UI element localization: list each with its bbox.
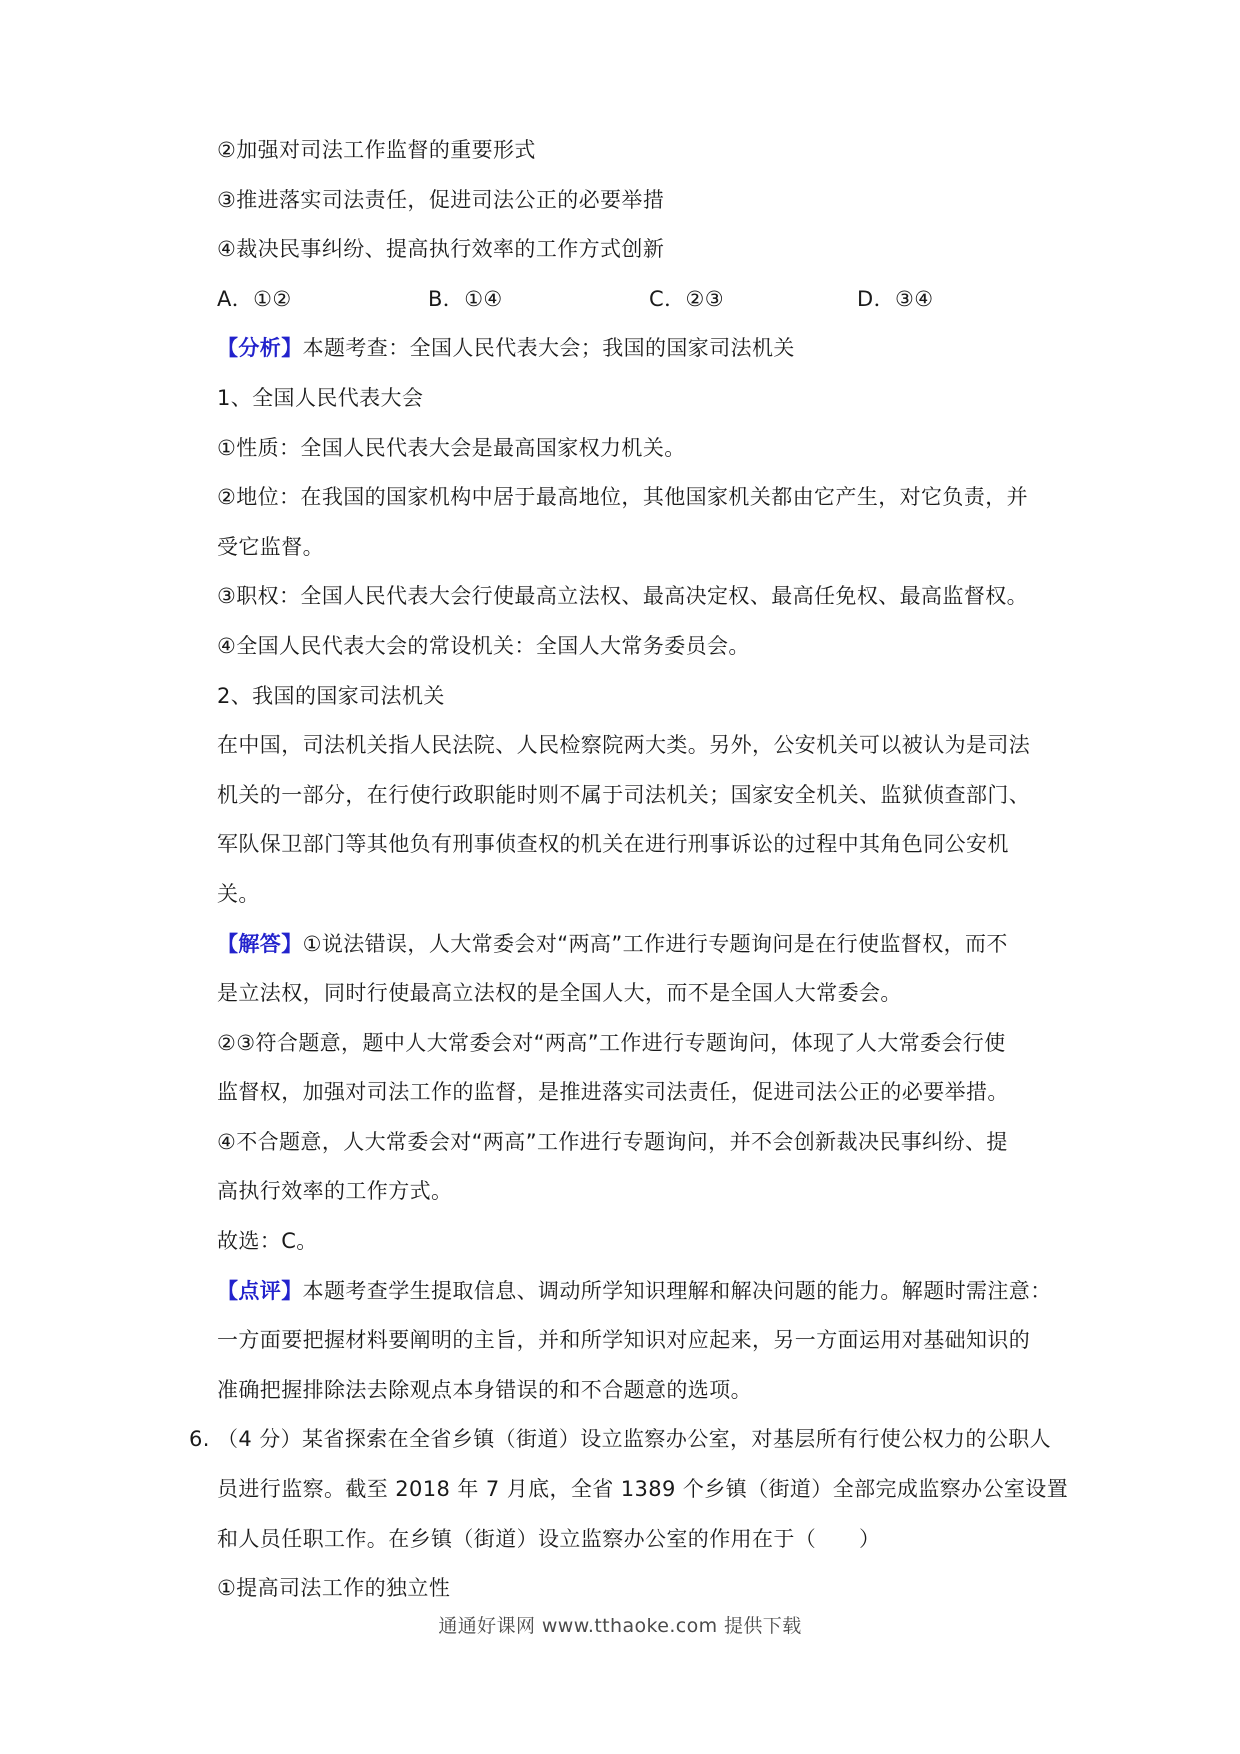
text-line: 监督权，加强对司法工作的监督，是推进落实司法责任，促进司法公正的必要举措。 <box>217 1068 1067 1118</box>
option-d: D．③④ <box>857 275 933 325</box>
text-line: 高执行效率的工作方式。 <box>217 1167 1067 1217</box>
document-page: ②加强对司法工作监督的重要形式③推进落实司法责任，促进司法公正的必要举措④裁决民… <box>0 0 1240 1754</box>
footer-text: 通通好课网 www.tthaoke.com 提供下载 <box>438 1615 801 1637</box>
text-line: 员进行监察。截至 2018 年 7 月底，全省 1389 个乡镇（街道）全部完成… <box>217 1465 1067 1515</box>
text-line: ④裁决民事纠纷、提高执行效率的工作方式创新 <box>217 225 1067 275</box>
text-line: ③职权：全国人民代表大会行使最高立法权、最高决定权、最高任免权、最高监督权。 <box>217 572 1067 622</box>
text-line: 军队保卫部门等其他负有刑事侦查权的机关在进行刑事诉讼的过程中其角色同公安机 <box>217 820 1067 870</box>
text-line: 【点评】本题考查学生提取信息、调动所学知识理解和解决问题的能力。解题时需注意： <box>217 1267 1067 1317</box>
text-line: 一方面要把握材料要阐明的主旨，并和所学知识对应起来，另一方面运用对基础知识的 <box>217 1316 1067 1366</box>
text-line: 【分析】本题考查：全国人民代表大会；我国的国家司法机关 <box>217 324 1067 374</box>
section-label: 【解答】 <box>217 932 303 956</box>
text-line: ②加强对司法工作监督的重要形式 <box>217 126 1067 176</box>
option-c: C．②③ <box>649 275 857 325</box>
line-text: 本题考查：全国人民代表大会；我国的国家司法机关 <box>303 336 795 360</box>
line-text: 本题考查学生提取信息、调动所学知识理解和解决问题的能力。解题时需注意： <box>303 1279 1052 1303</box>
text-line: 机关的一部分，在行使行政职能时则不属于司法机关；国家安全机关、监狱侦查部门、 <box>217 771 1067 821</box>
text-line: 故选：C。 <box>217 1217 1067 1267</box>
text-line: ①性质：全国人民代表大会是最高国家权力机关。 <box>217 424 1067 474</box>
text-line: 关。 <box>217 870 1067 920</box>
text-line: 和人员任职工作。在乡镇（街道）设立监察办公室的作用在于（ ） <box>217 1515 1067 1565</box>
answer-options-row: A．①②B．①④C．②③D．③④ <box>217 275 1067 325</box>
text-line: ②地位：在我国的国家机构中居于最高地位，其他国家机关都由它产生，对它负责，并 <box>217 473 1067 523</box>
text-line: 受它监督。 <box>217 523 1067 573</box>
text-line: ③推进落实司法责任，促进司法公正的必要举措 <box>217 176 1067 226</box>
document-body: ②加强对司法工作监督的重要形式③推进落实司法责任，促进司法公正的必要举措④裁决民… <box>217 126 1067 1614</box>
question-number: 6. <box>189 1415 210 1465</box>
option-b: B．①④ <box>428 275 649 325</box>
text-line: 准确把握排除法去除观点本身错误的和不合题意的选项。 <box>217 1366 1067 1416</box>
question-item: 6.（4 分）某省探索在全省乡镇（街道）设立监察办公室，对基层所有行使公权力的公… <box>217 1415 1067 1465</box>
page-footer: 通通好课网 www.tthaoke.com 提供下载 <box>0 1607 1240 1645</box>
text-line: 2、我国的国家司法机关 <box>217 672 1067 722</box>
text-line: 在中国，司法机关指人民法院、人民检察院两大类。另外，公安机关可以被认为是司法 <box>217 721 1067 771</box>
section-label: 【分析】 <box>217 336 303 360</box>
text-line: 【解答】①说法错误，人大常委会对“两高”工作进行专题询问是在行使监督权，而不 <box>217 920 1067 970</box>
line-text: ①说法错误，人大常委会对“两高”工作进行专题询问是在行使监督权，而不 <box>303 932 1008 956</box>
text-line: ④全国人民代表大会的常设机关：全国人大常务委员会。 <box>217 622 1067 672</box>
section-label: 【点评】 <box>217 1279 303 1303</box>
text-line: 是立法权，同时行使最高立法权的是全国人大，而不是全国人大常委会。 <box>217 969 1067 1019</box>
text-line: ④不合题意，人大常委会对“两高”工作进行专题询问，并不会创新裁决民事纠纷、提 <box>217 1118 1067 1168</box>
option-a: A．①② <box>217 275 428 325</box>
question-text: （4 分）某省探索在全省乡镇（街道）设立监察办公室，对基层所有行使公权力的公职人 <box>217 1427 1051 1451</box>
text-line: 1、全国人民代表大会 <box>217 374 1067 424</box>
text-line: ②③符合题意，题中人大常委会对“两高”工作进行专题询问，体现了人大常委会行使 <box>217 1019 1067 1069</box>
